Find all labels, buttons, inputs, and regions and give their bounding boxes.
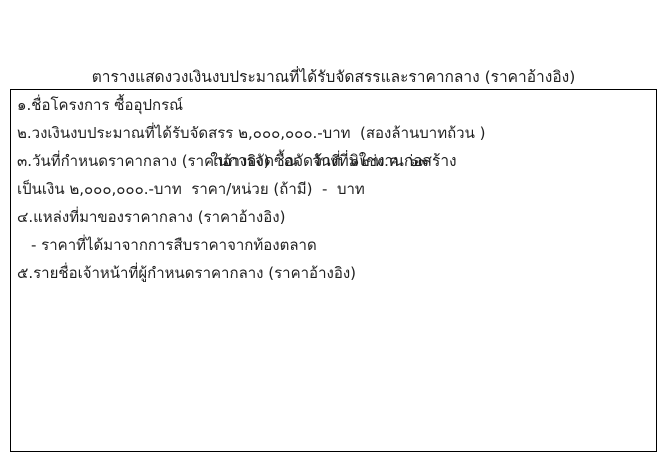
price-source-header: ๔.แหล่งที่มาของราคากลาง (ราคาอ้างอิง)	[17, 203, 652, 231]
budget-line: ๒.วงเงินงบประมาณที่ได้รับจัดสรร ๒,๐๐๐,๐๐…	[17, 119, 652, 147]
officers-header: ๕.รายชื่อเจ้าหน้าที่ผู้กำหนดราคากลาง (รา…	[17, 259, 652, 287]
project-name-line: ๑.ชื่อโครงการ ซื้ออุปกรณ์	[17, 91, 652, 119]
document-page: ตารางแสดงวงเงินงบประมาณที่ได้รับจัดสรรแล…	[0, 0, 667, 464]
officer-row: ๕.๒ ร.ท.บัญชา ปราสาททอง	[17, 315, 652, 343]
price-source-item: - ราคาที่ได้มาจากการสืบราคาจากท้องตลาด	[17, 231, 652, 259]
amount-line: เป็นเงิน ๒,๐๐๐,๐๐๐.-บาท ราคา/หน่วย (ถ้าม…	[17, 175, 652, 203]
price-date-line: ๓.วันที่กำหนดราคากลาง (ราคาอ้างอิง) ณ วั…	[17, 147, 652, 175]
form-box: ๑.ชื่อโครงการ ซื้ออุปกรณ์ ๒.วงเงินงบประม…	[10, 89, 657, 452]
officer-row: ๕.๑ พ.ท.ชาตรี สังข์ปรีดา	[17, 287, 652, 315]
title-line-1: ตารางแสดงวงเงินงบประมาณที่ได้รับจัดสรรแล…	[0, 63, 667, 91]
officer-row: ๕.๓ ร.ท.ณัชพล พัฒนกัญจน์	[17, 343, 652, 371]
